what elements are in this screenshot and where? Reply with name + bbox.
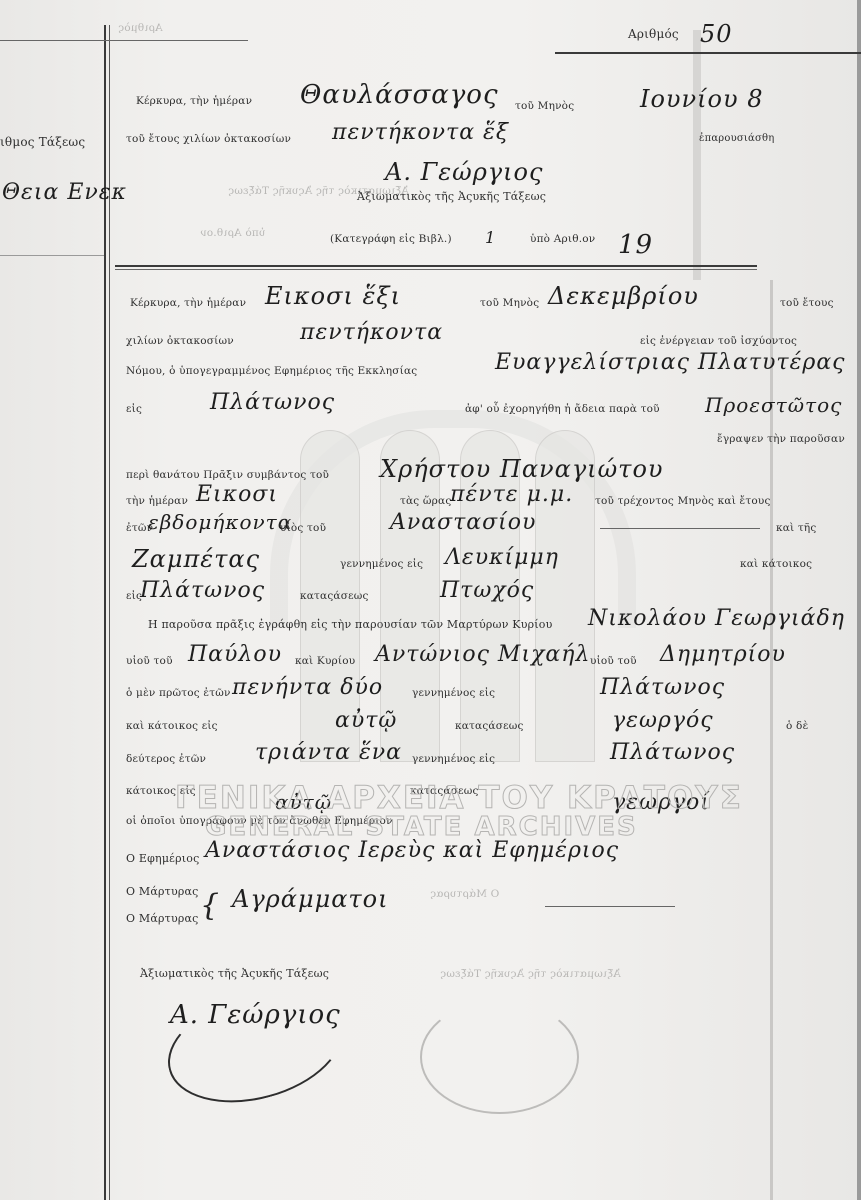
body-hand-death-day: Εικοσι bbox=[196, 482, 278, 507]
body-hand-authority: Προεστῶτος bbox=[705, 393, 842, 417]
body-son-of-label: υἱὸς τοῦ bbox=[280, 522, 326, 534]
archive-watermark-greek: ΓΕΝΙΚΑ ΑΡΧΕΙΑ ΤΟΥ ΚΡΑΤΟΥΣ bbox=[175, 780, 743, 816]
body-hand-age: εβδομήκοντα bbox=[148, 510, 292, 534]
ghost-witness-label: Ο Μάρτυρας bbox=[430, 888, 499, 900]
body-hand-witness2: Αντώνιος Μιχαήλ bbox=[375, 642, 590, 667]
archive-watermark-english: GENERAL STATE ARCHIVES bbox=[205, 812, 638, 842]
body-hand-year: πεντήκοντα bbox=[300, 320, 443, 345]
page-edge bbox=[857, 0, 861, 1200]
body-w2-son-of-label: υἱοῦ τοῦ bbox=[590, 655, 637, 667]
stub-top-rule bbox=[0, 40, 248, 41]
body-hand-father: Αναστασίου bbox=[390, 510, 536, 535]
stub-rule bbox=[0, 255, 104, 256]
body-law-label: εἰς ἐνέργειαν τοῦ ἰσχύοντος bbox=[640, 335, 797, 347]
body-month-label: τοῦ Μηνὸς bbox=[480, 297, 539, 309]
body-first-residence-label: καὶ κάτοικος εἰς bbox=[126, 720, 218, 732]
body-hand-age1: πενήντα δύο bbox=[232, 675, 383, 700]
body-first-age-label: ὁ μὲν πρῶτος ἐτῶν bbox=[126, 687, 231, 699]
body-priest-label: Νόμου, ὁ ὑπογεγραμμένος Εφημέριος τῆς Εκ… bbox=[126, 365, 417, 377]
witness-brace: { bbox=[200, 888, 219, 923]
body-hand-birth2: Πλάτωνος bbox=[610, 740, 735, 765]
top-month-label: τοῦ Μηνὸς bbox=[515, 100, 574, 112]
body-and-mr-label: καὶ Κυρίου bbox=[295, 655, 355, 667]
body-wrote-label: ἔγραψεν τὴν παροῦσαν bbox=[717, 433, 845, 445]
registry-number-label: ὑπὸ Αριθ.ον bbox=[530, 233, 595, 245]
ghost-column-line bbox=[693, 30, 701, 280]
body-first-born-label: γεννημένος εἰς bbox=[412, 687, 495, 699]
body-hand-birthplace: Λευκίμμη bbox=[445, 545, 559, 570]
section-divider-top bbox=[115, 265, 757, 267]
body-hand-day: Εικοσι ἕξι bbox=[265, 282, 401, 310]
number-value: 50 bbox=[700, 20, 733, 48]
top-hand-month: Ιουνίου 8 bbox=[640, 85, 763, 113]
registry-hand-number: 19 bbox=[618, 230, 653, 260]
body-hand-status1: γεωργός bbox=[612, 708, 714, 733]
number-label: Αριθμός bbox=[628, 27, 679, 41]
witness2-signature-label: Ο Μάρτυρας bbox=[126, 912, 199, 925]
number-underline bbox=[555, 52, 861, 54]
body-place-date-label: Κέρκυρα, τὴν ἡμέραν bbox=[130, 297, 246, 309]
body-resident-label: καὶ κάτοικος bbox=[740, 558, 812, 570]
body-thousand-label: χιλίων ὀκτακοσίων bbox=[126, 335, 234, 347]
official-seal-stamp bbox=[156, 974, 356, 1121]
body-hand-w1-father: Παύλου bbox=[188, 642, 282, 667]
registry-book-label: (Κατεγράφη εἰς Βιβλ.) bbox=[330, 233, 452, 245]
body-and-of-label: καὶ τῆς bbox=[776, 522, 817, 534]
ghost-officer-footer: Ἀξιωματικὸς τῆς Ἀςυκῆς Τάξεως bbox=[440, 968, 621, 980]
body-hand-res1: αὐτῷ bbox=[335, 708, 397, 733]
body-status-label: καταςάσεως bbox=[300, 590, 369, 602]
body-w1-son-of-label: υἱοῦ τοῦ bbox=[126, 655, 173, 667]
body-hand-birth1: Πλάτωνος bbox=[600, 675, 725, 700]
body-in-label: εἰς bbox=[126, 403, 142, 415]
section-divider-bottom bbox=[115, 269, 757, 270]
top-hand-day: Θαυλάσσαγος bbox=[300, 80, 499, 110]
body-hand-residence: Πλάτωνος bbox=[140, 578, 265, 603]
body-witness-intro: Η παροῦσα πρᾶξις ἐγράφθη εἰς τὴν παρουσί… bbox=[148, 618, 552, 631]
body-hand-w2-father: Δημητρίου bbox=[660, 642, 786, 667]
body-hand-hour: πέντε μ.μ. bbox=[450, 482, 573, 507]
body-first-status-label: καταςάσεως bbox=[455, 720, 524, 732]
witness-sign-line bbox=[545, 906, 675, 907]
body-year-label: τοῦ ἔτους bbox=[780, 297, 834, 309]
top-presented-label: ἐπαρουσιάσθη bbox=[699, 133, 774, 144]
body-hand-status: Πτωχός bbox=[440, 578, 534, 603]
footer-officer-label: Ἀξιωματικὸς τῆς Ἀςυκῆς Τάξεως bbox=[140, 967, 329, 980]
top-place-date-label: Κέρκυρα, τὴν ἡμέραν bbox=[136, 95, 252, 107]
blank-fill-line bbox=[600, 528, 760, 529]
body-hand-church: Ευαγγελίστριας Πλατυτέρας bbox=[495, 350, 846, 375]
body-hour-label: τὰς ὥρας bbox=[400, 495, 451, 507]
ghost-arith-label: ὑπὸ Αριθ.ον bbox=[200, 227, 265, 239]
stub-order-label: ιθμος Τάξεως bbox=[0, 135, 85, 149]
ghost-column-line-lower bbox=[770, 280, 773, 1200]
stub-handwritten-entry: Θεια Ενεκ bbox=[2, 180, 127, 205]
body-born-label: γεννημένος εἰς bbox=[340, 558, 423, 570]
top-hand-year: πεντήκοντα ἕξ bbox=[332, 120, 509, 145]
body-second-born-label: γεννημένος εἰς bbox=[412, 753, 495, 765]
body-hand-month: Δεκεμβρίου bbox=[548, 282, 699, 310]
body-hand-witness1: Νικολάου Γεωργιάδη bbox=[588, 606, 845, 631]
witness1-signature-label: Ο Μάρτυρας bbox=[126, 885, 199, 898]
body-whereas-label: ὁ δὲ bbox=[786, 720, 808, 732]
document-page: Αριθμὸς Ἀξιωματικὸς τῆς Ἀςυκῆς Τάξεως ὑπ… bbox=[0, 0, 861, 1200]
ghost-seal-bleed bbox=[420, 1000, 579, 1114]
top-hand-officer: Α. Γεώργιος bbox=[385, 158, 543, 186]
body-hand-age2: τριάντα ἕνα bbox=[255, 740, 402, 765]
body-current-month-label: τοῦ τρέχοντος Μηνὸς καὶ ἔτους bbox=[595, 495, 771, 507]
body-second-age-label: δεύτερος ἐτῶν bbox=[126, 753, 206, 765]
witness-signature: Αγράμματοι bbox=[232, 885, 389, 913]
officer-signature: Α. Γεώργιος bbox=[170, 1000, 341, 1030]
body-hand-mother: Ζαμπέτας bbox=[132, 545, 260, 573]
top-officer-label: Ἀξιωματικὸς τῆς Ἀςυκῆς Τάξεως bbox=[357, 190, 546, 203]
top-year-label: τοῦ ἔτους χιλίων ὀκτακοσίων bbox=[126, 133, 291, 145]
body-hand-place: Πλάτωνος bbox=[210, 390, 335, 415]
body-death-label: περὶ θανάτου Πρᾶξιν συμβάντος τοῦ bbox=[126, 469, 329, 481]
body-hand-deceased-name: Χρήστου Παναγιώτου bbox=[380, 455, 663, 483]
body-permit-label: ἀφ' οὗ ἐχορηγήθη ἡ ἄδεια παρὰ τοῦ bbox=[465, 403, 660, 415]
registry-hand-book: 1 bbox=[485, 228, 496, 247]
priest-signature-label: Ο Εφημέριος bbox=[126, 852, 199, 865]
body-day-label: τὴν ἡμέραν bbox=[126, 495, 188, 507]
ghost-number-label: Αριθμὸς bbox=[118, 22, 163, 34]
